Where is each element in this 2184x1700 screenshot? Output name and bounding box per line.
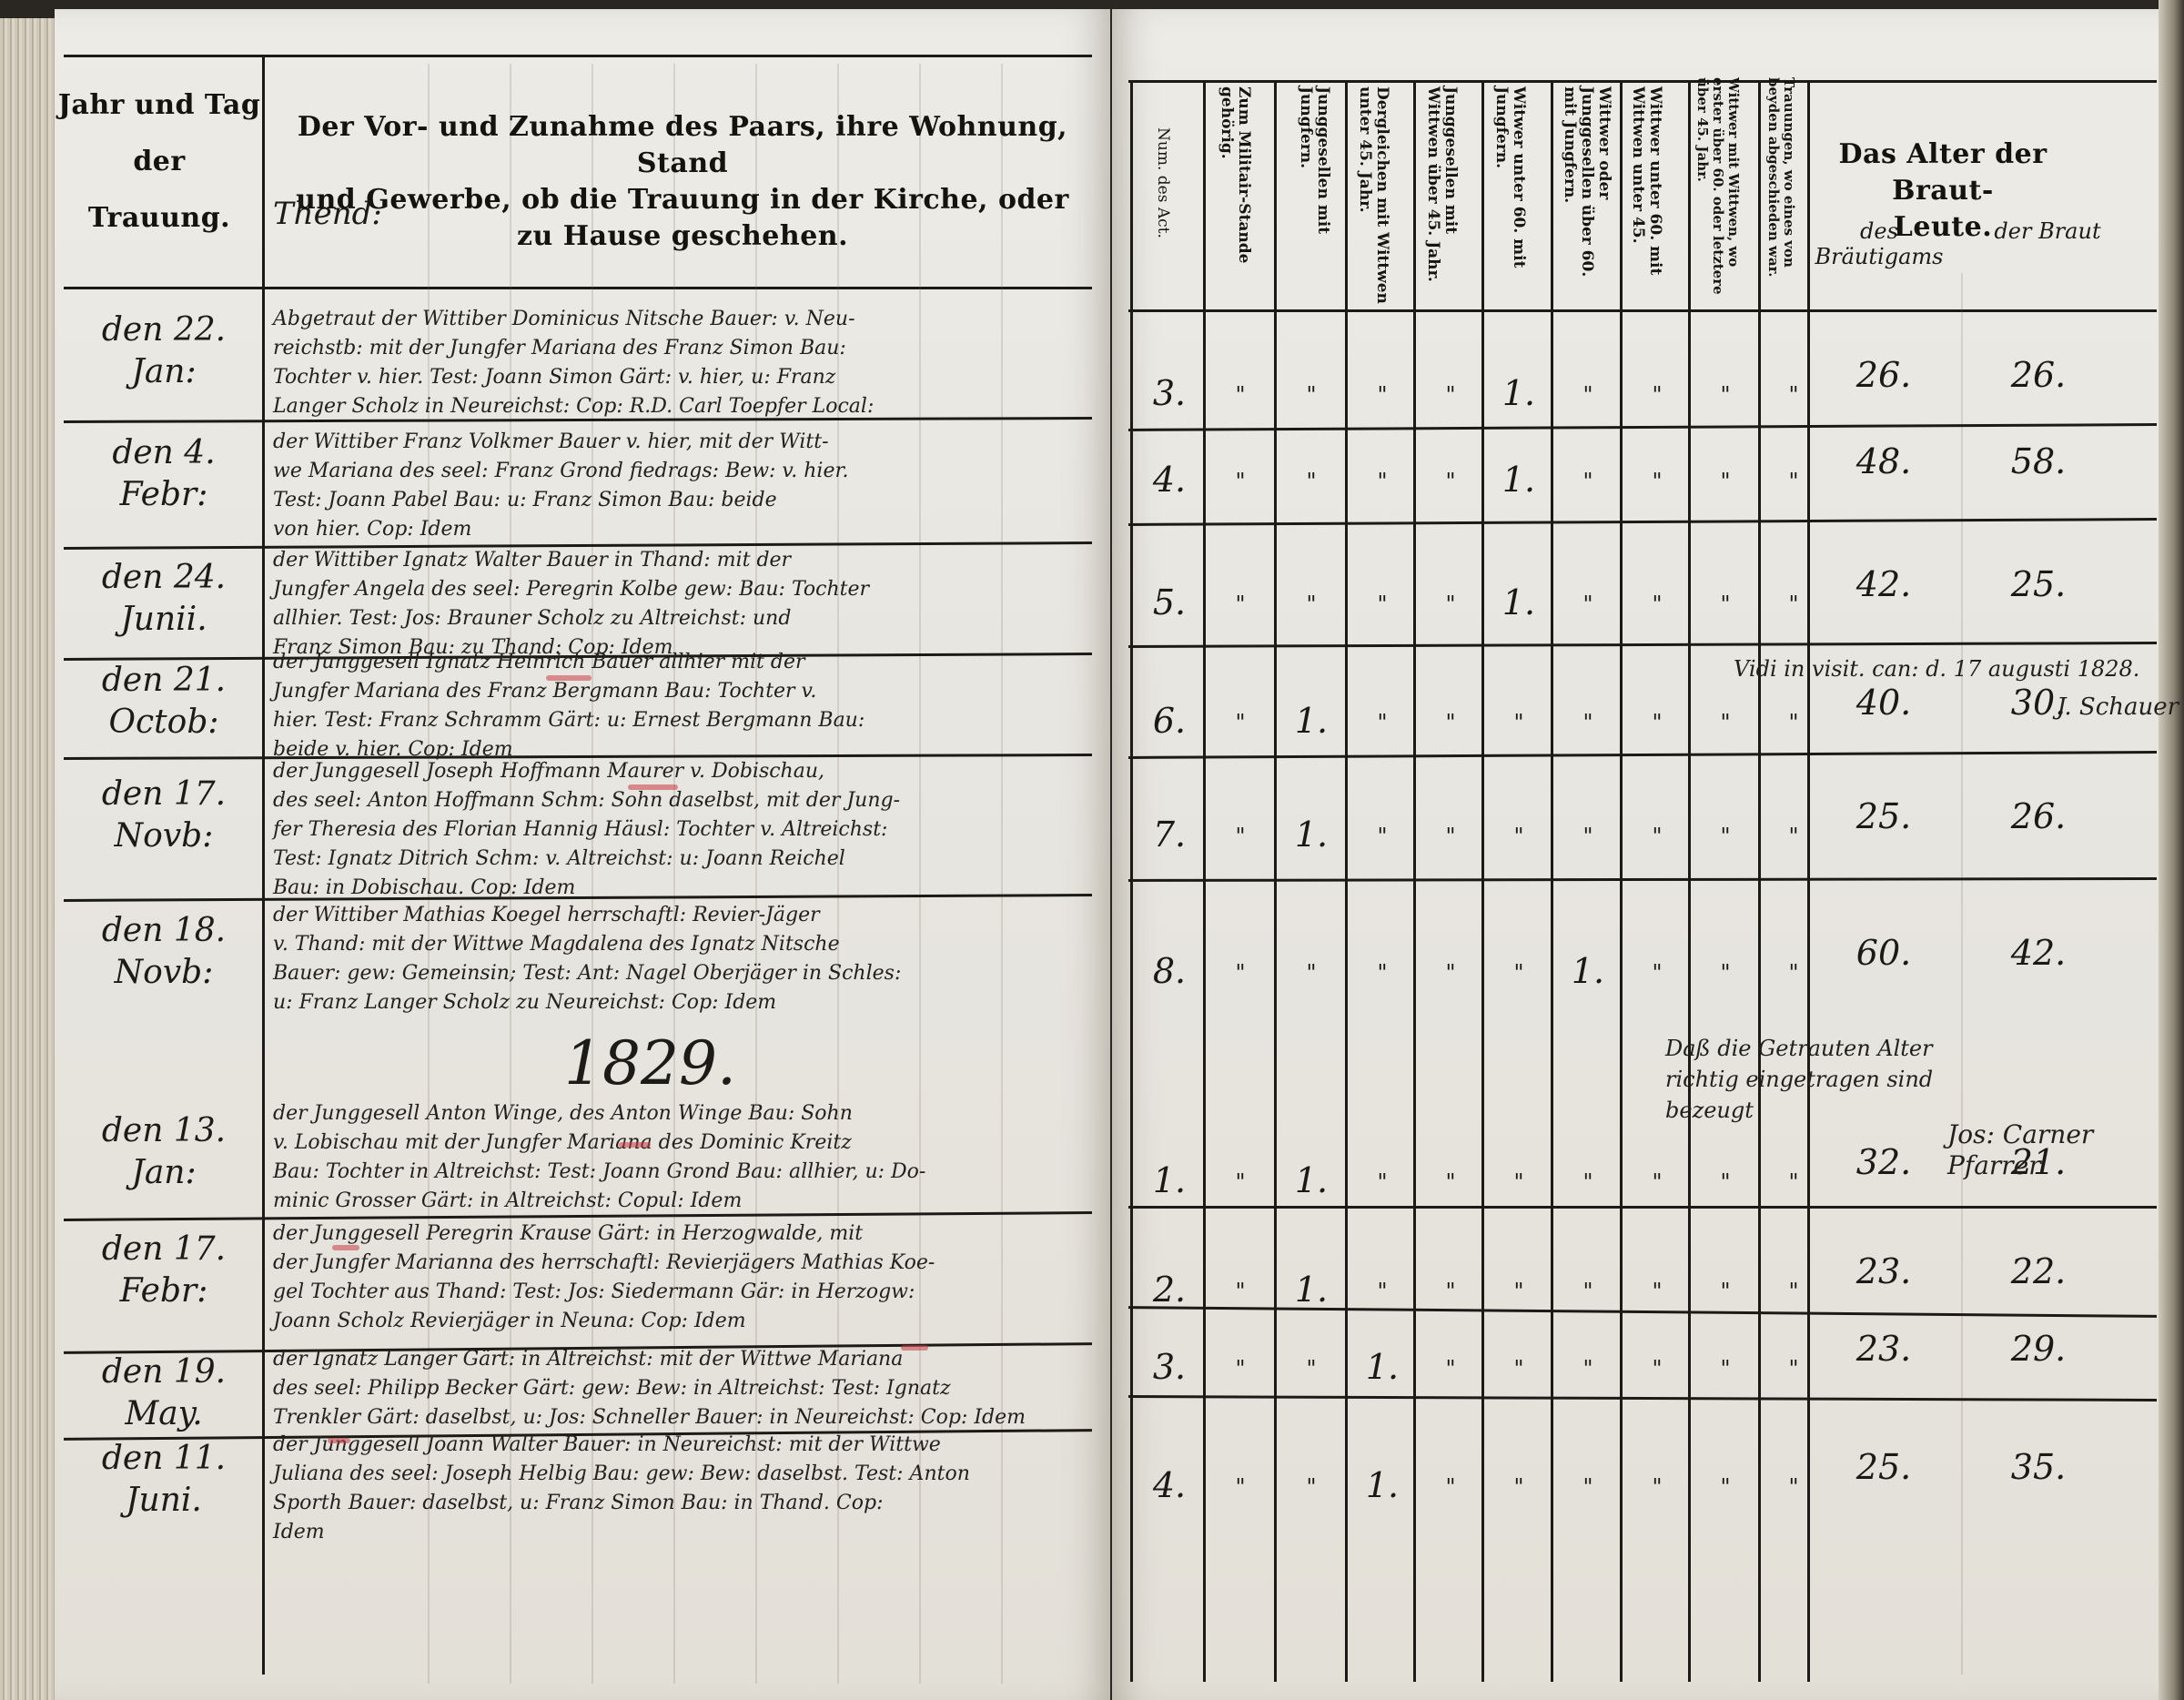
entry-date: den 17.Febr:	[73, 1229, 255, 1312]
category-mark: 1.	[1491, 373, 1547, 413]
category-mark: "	[1354, 592, 1410, 617]
entry-row: den 4.Febr:	[73, 432, 255, 516]
category-mark: "	[1560, 824, 1616, 849]
category-mark: 1.	[1354, 1465, 1410, 1505]
entry-date: den 19.May.	[73, 1351, 255, 1435]
entry-text: der Junggesell Peregrin Krause Gärt: in …	[273, 1219, 1083, 1336]
category-mark: "	[1560, 1474, 1616, 1500]
category-mark: "	[1629, 469, 1685, 494]
category-mark: "	[1354, 1169, 1410, 1195]
category-mark: "	[1422, 824, 1479, 849]
category-mark: "	[1560, 1279, 1616, 1304]
act-number: 3.	[1137, 1347, 1201, 1387]
column-header: Wittwer unter 60. mit Wittwen unter 45.	[1629, 86, 1663, 305]
category-mark: "	[1765, 824, 1822, 849]
entry-date: den 4.Febr:	[73, 432, 255, 516]
entry-row: den 18.Novb:	[73, 910, 255, 994]
category-mark: "	[1560, 1169, 1616, 1195]
category-mark: "	[1560, 710, 1616, 735]
category-mark: "	[1491, 1356, 1547, 1381]
entry-date: den 18.Novb:	[73, 910, 255, 994]
category-mark: "	[1354, 824, 1410, 849]
groom-age: 32.	[1829, 1142, 1938, 1182]
category-mark: 1.	[1283, 1160, 1340, 1200]
entry-date: den 11.Juni.	[73, 1438, 255, 1522]
groom-age: 23.	[1829, 1251, 1938, 1291]
category-mark: "	[1212, 824, 1269, 849]
entry-row: den 19.May.	[73, 1351, 255, 1435]
entry-text: Abgetraut der Wittiber Dominicus Nitsche…	[273, 305, 1083, 421]
category-mark: "	[1629, 1474, 1685, 1500]
category-mark: "	[1697, 1356, 1754, 1381]
category-mark: "	[1212, 382, 1269, 408]
entry-text: der Junggesell Ignatz Heinrich Bauer all…	[273, 648, 1083, 764]
entry-row: den 17.Febr:	[73, 1229, 255, 1312]
category-mark: "	[1354, 710, 1410, 735]
act-number: 1.	[1137, 1160, 1201, 1200]
act-number: 8.	[1137, 951, 1201, 991]
act-number: 4.	[1137, 460, 1201, 500]
act-number: 4.	[1137, 1465, 1201, 1505]
category-mark: "	[1765, 710, 1822, 735]
column-header: Witwer unter 60. mit Jungfern.	[1492, 86, 1527, 305]
visitation-signature: J. Schauer	[2057, 692, 2179, 723]
category-mark: "	[1283, 382, 1340, 408]
act-number: 6.	[1137, 701, 1201, 741]
category-mark: "	[1212, 469, 1269, 494]
category-mark: "	[1283, 960, 1340, 986]
bride-age: 22.	[1984, 1251, 2093, 1291]
header-line: und Gewerbe, ob die Trauung in der Kirch…	[282, 182, 1083, 218]
open-register-book: Jahr und Tag der Trauung. Der Vor- und Z…	[0, 0, 2184, 1700]
category-mark: 1.	[1283, 1270, 1340, 1310]
category-mark: "	[1212, 960, 1269, 986]
column-header: Wittwer mit Wittwen, wo erster über 60. …	[1694, 77, 1741, 305]
attestation-note: Daß die Getrauten Alter richtig eingetra…	[1665, 1033, 1933, 1126]
year-divider: 1829.	[564, 1028, 736, 1098]
top-rule	[64, 55, 1092, 57]
entry-date: den 24.Junii.	[73, 557, 255, 641]
category-mark: "	[1765, 1356, 1822, 1381]
category-mark: "	[1212, 592, 1269, 617]
groom-age: 60.	[1829, 933, 1938, 973]
category-mark: "	[1629, 1356, 1685, 1381]
act-number: 3.	[1137, 373, 1201, 413]
entry-date: den 13.Jan:	[73, 1110, 255, 1194]
book-right-edge	[2159, 0, 2184, 1700]
column-header: Trauungen, wo eines von beyden abgeschie…	[1765, 77, 1796, 305]
category-mark: "	[1283, 592, 1340, 617]
category-mark: "	[1697, 960, 1754, 986]
bride-age: 58.	[1984, 441, 2093, 481]
category-mark: 1.	[1283, 815, 1340, 855]
groom-age: 42.	[1829, 564, 1938, 604]
category-mark: "	[1629, 710, 1685, 735]
category-mark: "	[1422, 592, 1479, 617]
category-mark: "	[1422, 1356, 1479, 1381]
category-mark: "	[1697, 1169, 1754, 1195]
category-mark: "	[1491, 1169, 1547, 1195]
category-mark: "	[1422, 1474, 1479, 1500]
category-mark: "	[1283, 1356, 1340, 1381]
category-mark: "	[1629, 592, 1685, 617]
entry-text: der Junggesell Anton Winge, des Anton Wi…	[273, 1099, 1083, 1216]
entry-text: der Wittiber Ignatz Walter Bauer in Than…	[273, 546, 1083, 663]
category-mark: "	[1422, 710, 1479, 735]
category-mark: "	[1765, 1169, 1822, 1195]
category-mark: "	[1697, 824, 1754, 849]
category-mark: 1.	[1283, 701, 1340, 741]
header-line: zu Hause geschehen.	[282, 218, 1083, 255]
category-mark: "	[1765, 382, 1822, 408]
names-column-header: Der Vor- und Zunahme des Paars, ihre Woh…	[282, 109, 1083, 255]
category-mark: "	[1283, 1474, 1340, 1500]
groom-age: 40.	[1829, 683, 1938, 723]
date-column-divider	[262, 55, 265, 1675]
category-mark: "	[1354, 960, 1410, 986]
entry-row: den 13.Jan:	[73, 1110, 255, 1194]
entry-row: den 17.Novb:	[73, 774, 255, 857]
category-mark: "	[1765, 592, 1822, 617]
groom-age-header: des Bräutigams	[1811, 218, 1947, 269]
category-mark: "	[1422, 1279, 1479, 1304]
entry-row: den 24.Junii.	[73, 557, 255, 641]
category-mark: 1.	[1354, 1347, 1410, 1387]
bride-age: 29.	[1984, 1329, 2093, 1369]
category-mark: "	[1560, 592, 1616, 617]
entry-row: den 11.Juni.	[73, 1438, 255, 1522]
bride-age: 35.	[1984, 1447, 2093, 1487]
category-mark: "	[1629, 1279, 1685, 1304]
category-mark: "	[1491, 960, 1547, 986]
category-mark: "	[1697, 1279, 1754, 1304]
category-mark: "	[1629, 960, 1685, 986]
category-mark: "	[1354, 382, 1410, 408]
column-header: Zum Militair-Stande gehörig.	[1218, 86, 1252, 305]
category-mark: "	[1283, 469, 1340, 494]
category-mark: "	[1491, 1279, 1547, 1304]
place-note: Thend:	[273, 196, 382, 232]
header-line: Trauung.	[55, 190, 264, 247]
groom-age: 23.	[1829, 1329, 1938, 1369]
bride-age-header: der Braut	[1966, 218, 2129, 244]
header-line: Jahr und Tag	[55, 77, 264, 134]
entry-text: der Wittiber Mathias Koegel herrschaftl:…	[273, 901, 1083, 1017]
entry-text: der Ignatz Langer Gärt: in Altreichst: m…	[273, 1345, 1083, 1432]
category-mark: 1.	[1560, 951, 1616, 991]
category-mark: "	[1212, 1169, 1269, 1195]
groom-age: 25.	[1829, 796, 1938, 836]
column-header: Wittwer oder Junggesellen über 60. mit J…	[1561, 86, 1613, 305]
category-mark: "	[1212, 1279, 1269, 1304]
category-mark: "	[1212, 710, 1269, 735]
category-mark: "	[1765, 960, 1822, 986]
header-bottom-rule	[64, 287, 1092, 289]
category-mark: "	[1491, 710, 1547, 735]
column-header: Dergleichen mit Wittwen unter 45. Jahr.	[1356, 86, 1390, 305]
bride-age: 25.	[1984, 564, 2093, 604]
category-mark: "	[1491, 1474, 1547, 1500]
category-mark: "	[1560, 1356, 1616, 1381]
category-mark: "	[1422, 382, 1479, 408]
category-mark: "	[1354, 469, 1410, 494]
category-mark: "	[1354, 1279, 1410, 1304]
category-mark: "	[1765, 1279, 1822, 1304]
category-mark: "	[1697, 592, 1754, 617]
groom-age: 48.	[1829, 441, 1938, 481]
act-number: 2.	[1137, 1270, 1201, 1310]
groom-age: 26.	[1829, 355, 1938, 395]
category-mark: "	[1765, 1474, 1822, 1500]
category-mark: "	[1422, 469, 1479, 494]
attestation-signature: Jos: Carner Pfarrer	[1947, 1119, 2093, 1181]
category-mark: "	[1560, 382, 1616, 408]
entry-date: den 22.Jan:	[73, 309, 255, 393]
category-mark: 1.	[1491, 460, 1547, 500]
category-mark: "	[1629, 1169, 1685, 1195]
bride-age: 26.	[1984, 796, 2093, 836]
category-mark: "	[1765, 469, 1822, 494]
entry-text: der Junggesell Joann Walter Bauer: in Ne…	[273, 1431, 1083, 1547]
category-mark: "	[1697, 382, 1754, 408]
category-mark: "	[1422, 960, 1479, 986]
entry-text: der Wittiber Franz Volkmer Bauer v. hier…	[273, 428, 1083, 544]
act-number: 5.	[1137, 582, 1201, 622]
header-line: Der Vor- und Zunahme des Paars, ihre Woh…	[282, 109, 1083, 182]
category-mark: "	[1697, 710, 1754, 735]
date-column-header: Jahr und Tag der Trauung.	[55, 77, 264, 247]
header-line: der	[55, 134, 264, 190]
category-mark: "	[1212, 1356, 1269, 1381]
category-mark: "	[1629, 382, 1685, 408]
category-mark: "	[1212, 1474, 1269, 1500]
bride-age: 26.	[1984, 355, 2093, 395]
entry-row: den 22.Jan:	[73, 309, 255, 393]
column-header: Junggesellen mit Wittwen über 45. Jahr.	[1424, 86, 1459, 305]
category-mark: "	[1697, 1474, 1754, 1500]
visitation-note: Vidi in visit. can: d. 17 augusti 1828.	[1734, 653, 2139, 684]
category-mark: "	[1422, 1169, 1479, 1195]
act-number: 7.	[1137, 815, 1201, 855]
bride-age: 42.	[1984, 933, 2093, 973]
category-mark: 1.	[1491, 582, 1547, 622]
entry-text: der Junggesell Joseph Hoffmann Maurer v.…	[273, 757, 1083, 903]
entry-row: den 21.Octob:	[73, 660, 255, 744]
column-header: Num. des Act.	[1154, 127, 1171, 300]
category-mark: "	[1629, 824, 1685, 849]
category-mark: "	[1697, 469, 1754, 494]
category-mark: "	[1560, 469, 1616, 494]
groom-age: 25.	[1829, 1447, 1938, 1487]
column-header: Junggesellen mit Jungfern.	[1297, 86, 1331, 305]
entry-date: den 21.Octob:	[73, 660, 255, 744]
category-mark: "	[1491, 824, 1547, 849]
entry-date: den 17.Novb:	[73, 774, 255, 857]
